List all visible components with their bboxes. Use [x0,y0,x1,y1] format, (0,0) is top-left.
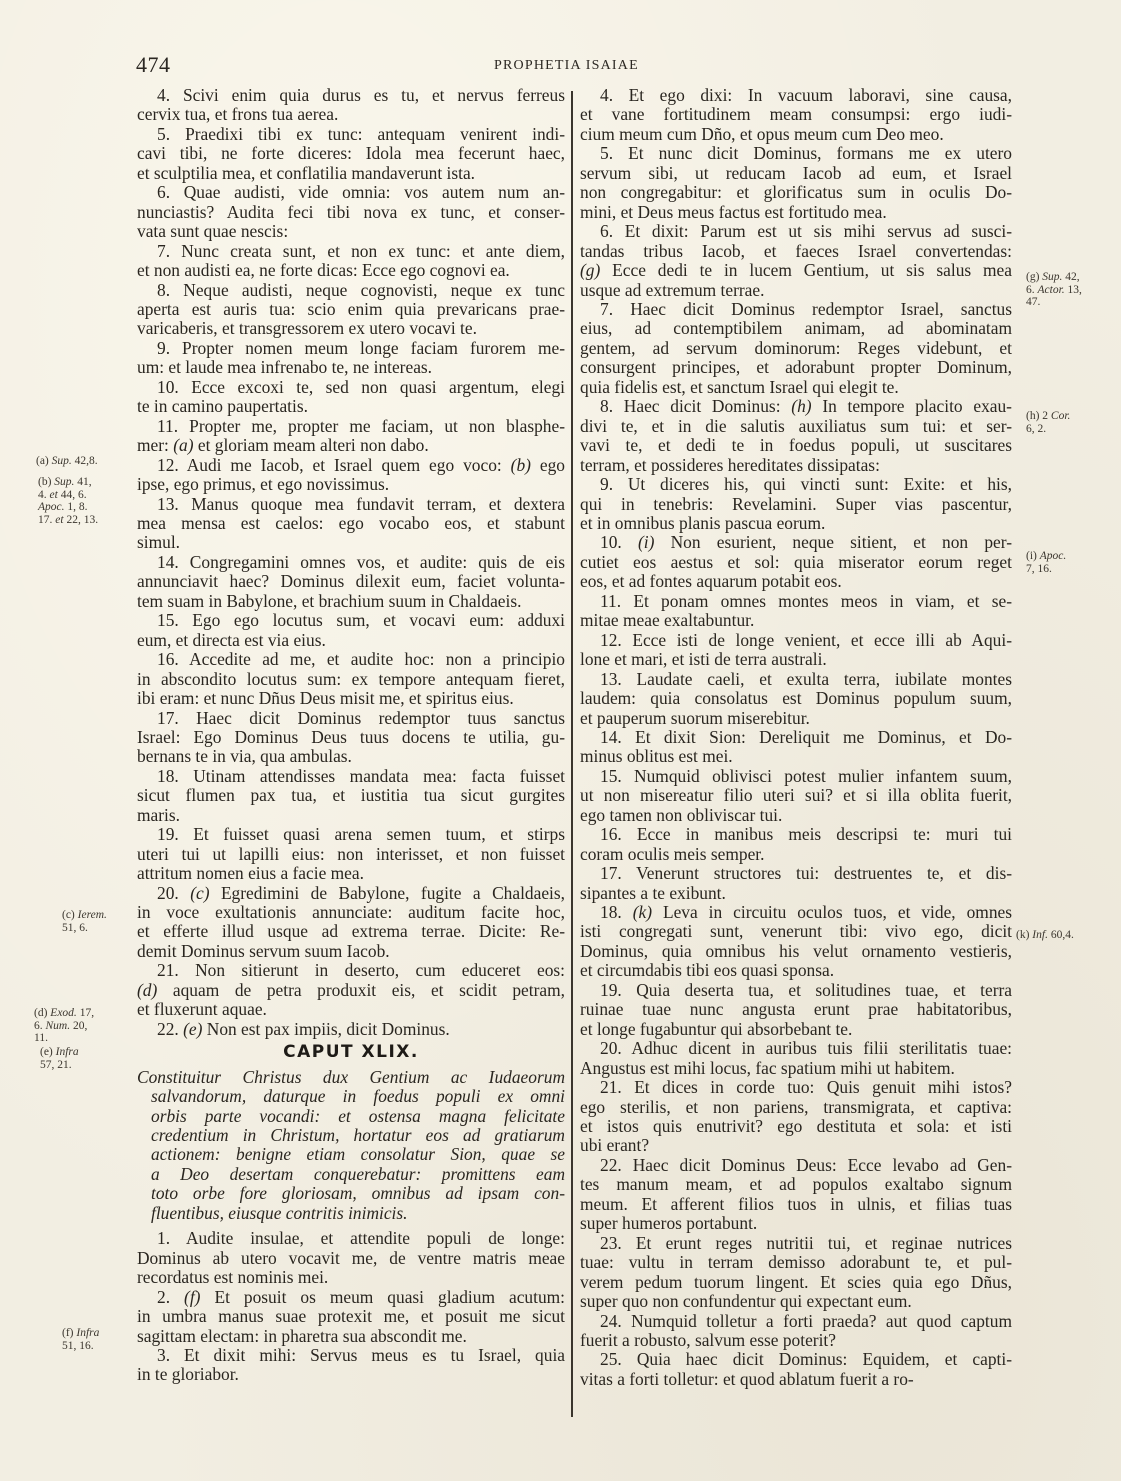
verse: 19. Et fuisset quasi arena semen tuum, e… [137,825,565,883]
page-number: 474 [136,52,171,78]
summary-line: Constituitur Christus dux Gentium ac Iud… [137,1068,565,1087]
verse-line: 19. Quia deserta tua, et solitudines tua… [580,981,1012,1000]
verse-line: 10. (i) Non esurient, neque sitient, et … [580,533,1012,552]
summary-line: salvandorum, daturque in foedus populi e… [137,1087,565,1106]
summary-line: a Deo desertam conquerebatur: promittens… [137,1165,565,1184]
verse-line: sipantes a te exibunt. [580,884,1012,903]
verse-line: et circumdabis tibi eos quasi sponsa. [580,961,1012,980]
note-reference: (g) [580,260,600,280]
verse-line: 1. Audite insulae, et attendite populi d… [137,1229,565,1248]
verse: 14. Congregamini omnes vos, et audite: q… [137,553,565,611]
margin-note-line: (e) Infra [40,1046,79,1059]
margin-note-b: (b) Sup. 41,4. et 44, 6.Apoc. 1, 8.17. e… [38,476,98,526]
verse-line: 23. Et erunt reges nutritii tui, et regi… [580,1234,1012,1253]
verse-line: in umbra manus suae protexit me, et posu… [137,1307,565,1326]
left-column: 4. Scivi enim quia durus es tu, et nervu… [137,86,565,1385]
verse-line: et vane fortitudinem meam consumpsi: erg… [580,105,1012,124]
verse-line: 20. (c) Egredimini de Babylone, fugite a… [137,884,565,903]
margin-note-d: (d) Exod. 17,6. Num. 20,11. [34,1007,94,1045]
verse-line: ego sterilis, et non pariens, transmigra… [580,1098,1012,1117]
chapter-verses: 1. Audite insulae, et attendite populi d… [137,1229,565,1385]
margin-note-line: 11. [34,1032,94,1045]
verse: 18. (k) Leva in circuitu oculos tuos, et… [580,903,1012,981]
verse: 20. Adhuc dicent in auribus tuis filii s… [580,1039,1012,1078]
verse-line: mer: (a) et gloriam meam alteri non dabo… [137,436,565,455]
verse-line: 15. Ego ego locutus sum, et vocavi eum: … [137,611,565,630]
verse-line: non congregabitur: et glorificatus sum i… [580,183,1012,202]
summary-line: credentium in Christum, hortatur eos ad … [137,1126,565,1145]
verse-line: tem suam in Babylone, et brachium suum i… [137,592,565,611]
verse-line: recordatus est nominis mei. [137,1268,565,1287]
summary-line: toto orbe fore gloriosam, omnibus ad ips… [137,1184,565,1203]
note-reference: (i) [638,532,654,552]
verse-line: annunciavit haec? Dominus dilexit eum, f… [137,572,565,591]
verse-line: super humeros portabunt. [580,1214,1012,1233]
margin-note-e: (e) Infra57, 21. [40,1046,79,1071]
verse: 21. Et dices in corde tuo: Quis genuit m… [580,1078,1012,1156]
verse-line: ubi erant? [580,1136,1012,1155]
verse: 9. Ut diceres his, qui vincti sunt: Exit… [580,475,1012,533]
left-verses: 4. Scivi enim quia durus es tu, et nervu… [137,86,565,1039]
verse-line: 6. Et dixit: Parum est ut sis mihi servu… [580,222,1012,241]
verse: 12. Ecce isti de longe venient, et ecce … [580,631,1012,670]
verse-line: Israel: Ego Dominus Deus tuus docens te … [137,728,565,747]
verse-line: 18. Utinam attendisses mandata mea: fact… [137,767,565,786]
verse-line: tandas tribus Iacob, et faeces Israel co… [580,242,1012,261]
verse: 2. (f) Et posuit os meum quasi gladium a… [137,1288,565,1346]
margin-note-line: Apoc. 1, 8. [38,501,98,514]
running-title: PROPHETIA ISAIAE [494,58,639,74]
verse-line: 11. Et ponam omnes montes meos in viam, … [580,592,1012,611]
margin-note-line: (i) Apoc. [1026,550,1066,563]
verse: 11. Propter me, propter me faciam, ut no… [137,417,565,456]
summary-line: orbis parte vocandi: et ostensa magna fe… [137,1107,565,1126]
verse-line: demit Dominus servum suum Iacob. [137,942,565,961]
verse: 5. Praedixi tibi ex tunc: antequam venir… [137,125,565,183]
verse-line: simul. [137,533,565,552]
verse-line: cutiet eos aestus et sol: quia miserator… [580,553,1012,572]
verse-line: ibi eram: et nunc Dñus Deus misit me, et… [137,689,565,708]
verse-line: 4. Et ego dixi: In vacuum laboravi, sine… [580,86,1012,105]
column-divider [571,91,573,1417]
verse-line: et fluxerunt aquae. [137,1000,565,1019]
verse-line: 16. Ecce in manibus meis descripsi te: m… [580,825,1012,844]
margin-note-h: (h) 2 Cor.6, 2. [1026,410,1070,435]
verse: 22. Haec dicit Dominus Deus: Ecce levabo… [580,1156,1012,1234]
verse-line: vavi te, et dedi te in foedus populi, ut… [580,436,1012,455]
verse-line: eos, et ad fontes aquarum potabit eos. [580,572,1012,591]
summary-line: fluentibus, eiusque contritis inimicis. [137,1204,565,1223]
verse-line: in abscondito locutus sum: ex tempore an… [137,670,565,689]
note-reference: (a) [173,435,193,455]
verse: 13. Laudate caeli, et exulta terra, iubi… [580,670,1012,728]
verse: 18. Utinam attendisses mandata mea: fact… [137,767,565,825]
margin-note-line: (b) Sup. 41, [38,476,98,489]
margin-note-line: 6, 2. [1026,423,1070,436]
verse-line: te in camino paupertatis. [137,397,565,416]
verse: 3. Et dixit mihi: Servus meus es tu Isra… [137,1346,565,1385]
margin-note-line: 47. [1026,296,1082,309]
verse: 16. Accedite ad me, et audite hoc: non a… [137,650,565,708]
verse-line: sagittam electam: in pharetra sua abscon… [137,1327,565,1346]
verse-line: fuerit a robusto, salvum esse poterit? [580,1331,1012,1350]
verse: 1. Audite insulae, et attendite populi d… [137,1229,565,1287]
verse-line: eius, ad contemptibilem animam, ad abomi… [580,319,1012,338]
note-reference: (f) [184,1287,200,1307]
verse: 8. Haec dicit Dominus: (h) In tempore pl… [580,397,1012,475]
verse-line: in te gloriabor. [137,1365,565,1384]
verse: 7. Haec dicit Dominus redemptor Israel, … [580,300,1012,397]
note-reference: (e) [183,1019,202,1039]
margin-note-line: 7, 16. [1026,563,1066,576]
verse-line: 19. Et fuisset quasi arena semen tuum, e… [137,825,565,844]
verse-line: 2. (f) Et posuit os meum quasi gladium a… [137,1288,565,1307]
verse: 14. Et dixit Sion: Dereliquit me Dominus… [580,728,1012,767]
verse-line: coram oculis meis semper. [580,845,1012,864]
verse-line: 15. Numquid oblivisci potest mulier infa… [580,767,1012,786]
verse-line: bernans te in via, qua ambulas. [137,747,565,766]
verse: 5. Et nunc dicit Dominus, formans me ex … [580,144,1012,222]
margin-note-line: 51, 16. [62,1340,99,1353]
verse-line: ruinae tuae nunc angusta erunt prae habi… [580,1000,1012,1019]
verse-line: 12. Ecce isti de longe venient, et ecce … [580,631,1012,650]
verse-line: 7. Haec dicit Dominus redemptor Israel, … [580,300,1012,319]
verse-line: et istos quis enutrivit? ego destituta e… [580,1117,1012,1136]
verse-line: vata sunt quae nescis: [137,222,565,241]
verse-line: sicut flumen pax tua, et iustitia tua si… [137,786,565,805]
note-reference: (c) [190,883,209,903]
chapter-summary: Constituitur Christus dux Gentium ac Iud… [137,1068,565,1224]
verse-line: cavi tibi, ne forte diceres: Idola mea f… [137,144,565,163]
verse: 21. Non sitierunt in deserto, cum educer… [137,961,565,1019]
verse-line: 21. Non sitierunt in deserto, cum educer… [137,961,565,980]
verse: 17. Haec dicit Dominus redemptor tuus sa… [137,709,565,767]
verse-line: usque ad extremum terrae. [580,281,1012,300]
verse-line: 14. Congregamini omnes vos, et audite: q… [137,553,565,572]
margin-note-c: (c) Ierem.51, 6. [62,909,107,934]
verse-line: 16. Accedite ad me, et audite hoc: non a… [137,650,565,669]
verse-line: ego tamen non obliviscar tui. [580,806,1012,825]
verse: 20. (c) Egredimini de Babylone, fugite a… [137,884,565,962]
verse: 9. Propter nomen meum longe faciam furor… [137,339,565,378]
margin-note-line: 57, 21. [40,1059,79,1072]
verse: 10. (i) Non esurient, neque sitient, et … [580,533,1012,591]
verse-line: 25. Quia haec dicit Dominus: Equidem, et… [580,1350,1012,1369]
verse-line: um: et laude mea infrenabo te, ne intere… [137,358,565,377]
verse-line: verem pedum tuorum lingent. Et scies qui… [580,1273,1012,1292]
verse-line: laudem: quia consolatus est Dominus popu… [580,689,1012,708]
verse-line: et efferte illud usque ad extrema terrae… [137,922,565,941]
verse-line: maris. [137,806,565,825]
verse-line: 3. Et dixit mihi: Servus meus es tu Isra… [137,1346,565,1365]
verse: 4. Scivi enim quia durus es tu, et nervu… [137,86,565,125]
verse: 16. Ecce in manibus meis descripsi te: m… [580,825,1012,864]
verse-line: super quo non confundentur qui expectant… [580,1292,1012,1311]
margin-note-line: 6. Num. 20, [34,1020,94,1033]
verse-line: quia fidelis est, et sanctum Israel qui … [580,378,1012,397]
verse-line: mea mensa est caelos: ego vocabo eos, et… [137,514,565,533]
verse-line: ipse, ego primus, et ego novissimus. [137,475,565,494]
verse: 7. Nunc creata sunt, et non ex tunc: et … [137,242,565,281]
verse-line: 24. Numquid tolletur a forti praeda? aut… [580,1312,1012,1331]
margin-note-g: (g) Sup. 42,6. Actor. 13,47. [1026,271,1082,309]
margin-note-a: (a) Sup. 42,8. [36,455,98,468]
verse: 17. Venerunt structores tui: destruentes… [580,864,1012,903]
verse-line: cium meum cum Dño, et opus meum cum Deo … [580,125,1012,144]
margin-note-line: (f) Infra [62,1327,99,1340]
verse: 15. Ego ego locutus sum, et vocavi eum: … [137,611,565,650]
verse-line: mini, et Deus meus factus est fortitudo … [580,203,1012,222]
verse-line: 5. Praedixi tibi ex tunc: antequam venir… [137,125,565,144]
verse-line: 9. Ut diceres his, qui vincti sunt: Exit… [580,475,1012,494]
verse: 25. Quia haec dicit Dominus: Equidem, et… [580,1350,1012,1389]
verse-line: 17. Venerunt structores tui: destruentes… [580,864,1012,883]
verse: 22. (e) Non est pax impiis, dicit Dominu… [137,1020,565,1039]
verse-line: Dominus ab utero vocavit me, de ventre m… [137,1249,565,1268]
verse-line: 22. Haec dicit Dominus Deus: Ecce levabo… [580,1156,1012,1175]
note-reference: (b) [511,455,531,475]
verse-line: terram, et possideres hereditates dissip… [580,456,1012,475]
verse-line: et sculptilia mea, et conflatilia mandav… [137,164,565,183]
verse: 13. Manus quoque mea fundavit terram, et… [137,495,565,553]
verse: 6. Et dixit: Parum est ut sis mihi servu… [580,222,1012,300]
verse-line: attritum nomen eius a facie mea. [137,864,565,883]
verse: 8. Neque audisti, neque cognovisti, nequ… [137,281,565,339]
margin-note-line: 6. Actor. 13, [1026,284,1082,297]
verse-line: mitae meae exaltabuntur. [580,611,1012,630]
verse: 12. Audi me Iacob, et Israel quem ego vo… [137,456,565,495]
note-reference: (k) [633,902,652,922]
verse-line: tes manum meam, et ad populos exaltabo s… [580,1175,1012,1194]
margin-note-line: (g) Sup. 42, [1026,271,1082,284]
verse-line: 7. Nunc creata sunt, et non ex tunc: et … [137,242,565,261]
margin-note-line: (a) Sup. 42,8. [36,455,98,468]
verse-line: 18. (k) Leva in circuitu oculos tuos, et… [580,903,1012,922]
verse-line: 13. Manus quoque mea fundavit terram, et… [137,495,565,514]
verse-line: in voce exultationis annunciate: auditum… [137,903,565,922]
verse: 23. Et erunt reges nutritii tui, et regi… [580,1234,1012,1312]
verse-line: minus oblitus est mei. [580,747,1012,766]
verse: 19. Quia deserta tua, et solitudines tua… [580,981,1012,1039]
verse-line: lone et mari, et isti de terra australi. [580,650,1012,669]
verse-line: 14. Et dixit Sion: Dereliquit me Dominus… [580,728,1012,747]
verse: 15. Numquid oblivisci potest mulier infa… [580,767,1012,825]
margin-note-k: (k) Inf. 60,4. [1016,929,1074,942]
verse-line: 8. Neque audisti, neque cognovisti, nequ… [137,281,565,300]
verse-line: 6. Quae audisti, vide omnia: vos autem n… [137,183,565,202]
verse-line: 17. Haec dicit Dominus redemptor tuus sa… [137,709,565,728]
verse-line: qui in tenebris: Revelamini. Super vias … [580,495,1012,514]
verse-line: 22. (e) Non est pax impiis, dicit Dominu… [137,1020,565,1039]
verse: 10. Ecce excoxi te, sed non quasi argent… [137,378,565,417]
verse-line: 5. Et nunc dicit Dominus, formans me ex … [580,144,1012,163]
verse-line: tuae: vultu in terram demisso adorabunt … [580,1253,1012,1272]
verse-line: et in omnibus planis pascua eorum. [580,514,1012,533]
verse-line: ut non misereatur filio uteri sui? et si… [580,786,1012,805]
verse: 24. Numquid tolletur a forti praeda? aut… [580,1312,1012,1351]
right-column: 4. Et ego dixi: In vacuum laboravi, sine… [580,86,1012,1389]
margin-note-line: (d) Exod. 17, [34,1007,94,1020]
verse-line: isti congregati sunt, venerunt tibi: viv… [580,922,1012,941]
verse-line: 11. Propter me, propter me faciam, ut no… [137,417,565,436]
verse-line: et non audisti ea, ne forte dicas: Ecce … [137,261,565,280]
verse-line: gentem, ad servum dominorum: Reges videb… [580,339,1012,358]
verse-line: 8. Haec dicit Dominus: (h) In tempore pl… [580,397,1012,416]
margin-note-line: 51, 6. [62,922,107,935]
verse-line: aperta est auris tua: scio enim quia pre… [137,300,565,319]
margin-note-line: (h) 2 Cor. [1026,410,1070,423]
verse-line: (g) Ecce dedi te in lucem Gentium, ut si… [580,261,1012,280]
verse: 6. Quae audisti, vide omnia: vos autem n… [137,183,565,241]
verse-line: 4. Scivi enim quia durus es tu, et nervu… [137,86,565,105]
verse-line: 20. Adhuc dicent in auribus tuis filii s… [580,1039,1012,1058]
note-reference: (h) [791,396,811,416]
verse-line: Dominus, quia omnibus his velut ornament… [580,942,1012,961]
verse: 11. Et ponam omnes montes meos in viam, … [580,592,1012,631]
verse-line: divi te, et in die salutis auxiliatus su… [580,417,1012,436]
verse-line: uteri tui ut lapilli eius: non interisse… [137,845,565,864]
verse-line: varicaberis, et transgressorem ex utero … [137,319,565,338]
verse-line: consurgent principes, et adorabunt propt… [580,358,1012,377]
verse-line: 9. Propter nomen meum longe faciam furor… [137,339,565,358]
verse-line: cervix tua, et frons tua aerea. [137,105,565,124]
verse-line: Angustus est mihi locus, fac spatium mih… [580,1059,1012,1078]
note-reference: (d) [137,980,157,1000]
verse-line: 21. Et dices in corde tuo: Quis genuit m… [580,1078,1012,1097]
verse-line: 13. Laudate caeli, et exulta terra, iubi… [580,670,1012,689]
verse-line: et pauperum suorum miserebitur. [580,709,1012,728]
margin-note-line: (k) Inf. 60,4. [1016,929,1074,942]
verse-line: et longe fugabuntur qui absorbebant te. [580,1020,1012,1039]
verse-line: (d) aquam de petra produxit eis, et scid… [137,981,565,1000]
verse-line: eum, et directa est via eius. [137,631,565,650]
margin-note-line: 17. et 22, 13. [38,514,98,527]
verse-line: 10. Ecce excoxi te, sed non quasi argent… [137,378,565,397]
verse-line: vitas a forti tolletur: et quod ablatum … [580,1370,1012,1389]
verse-line: 12. Audi me Iacob, et Israel quem ego vo… [137,456,565,475]
margin-note-f: (f) Infra51, 16. [62,1327,99,1352]
verse-line: nunciastis? Audita feci tibi nova ex tun… [137,203,565,222]
margin-note-i: (i) Apoc.7, 16. [1026,550,1066,575]
margin-note-line: (c) Ierem. [62,909,107,922]
verse: 4. Et ego dixi: In vacuum laboravi, sine… [580,86,1012,144]
right-verses: 4. Et ego dixi: In vacuum laboravi, sine… [580,86,1012,1389]
verse-line: meum. Et afferent filios tuos in ulnis, … [580,1195,1012,1214]
verse-line: servum sibi, ut reducam Iacob ad eum, et… [580,164,1012,183]
chapter-heading: CAPUT XLIX. [137,1043,565,1062]
margin-note-line: 4. et 44, 6. [38,489,98,502]
summary-line: actionem: benigne etiam consolatur Sion,… [137,1145,565,1164]
